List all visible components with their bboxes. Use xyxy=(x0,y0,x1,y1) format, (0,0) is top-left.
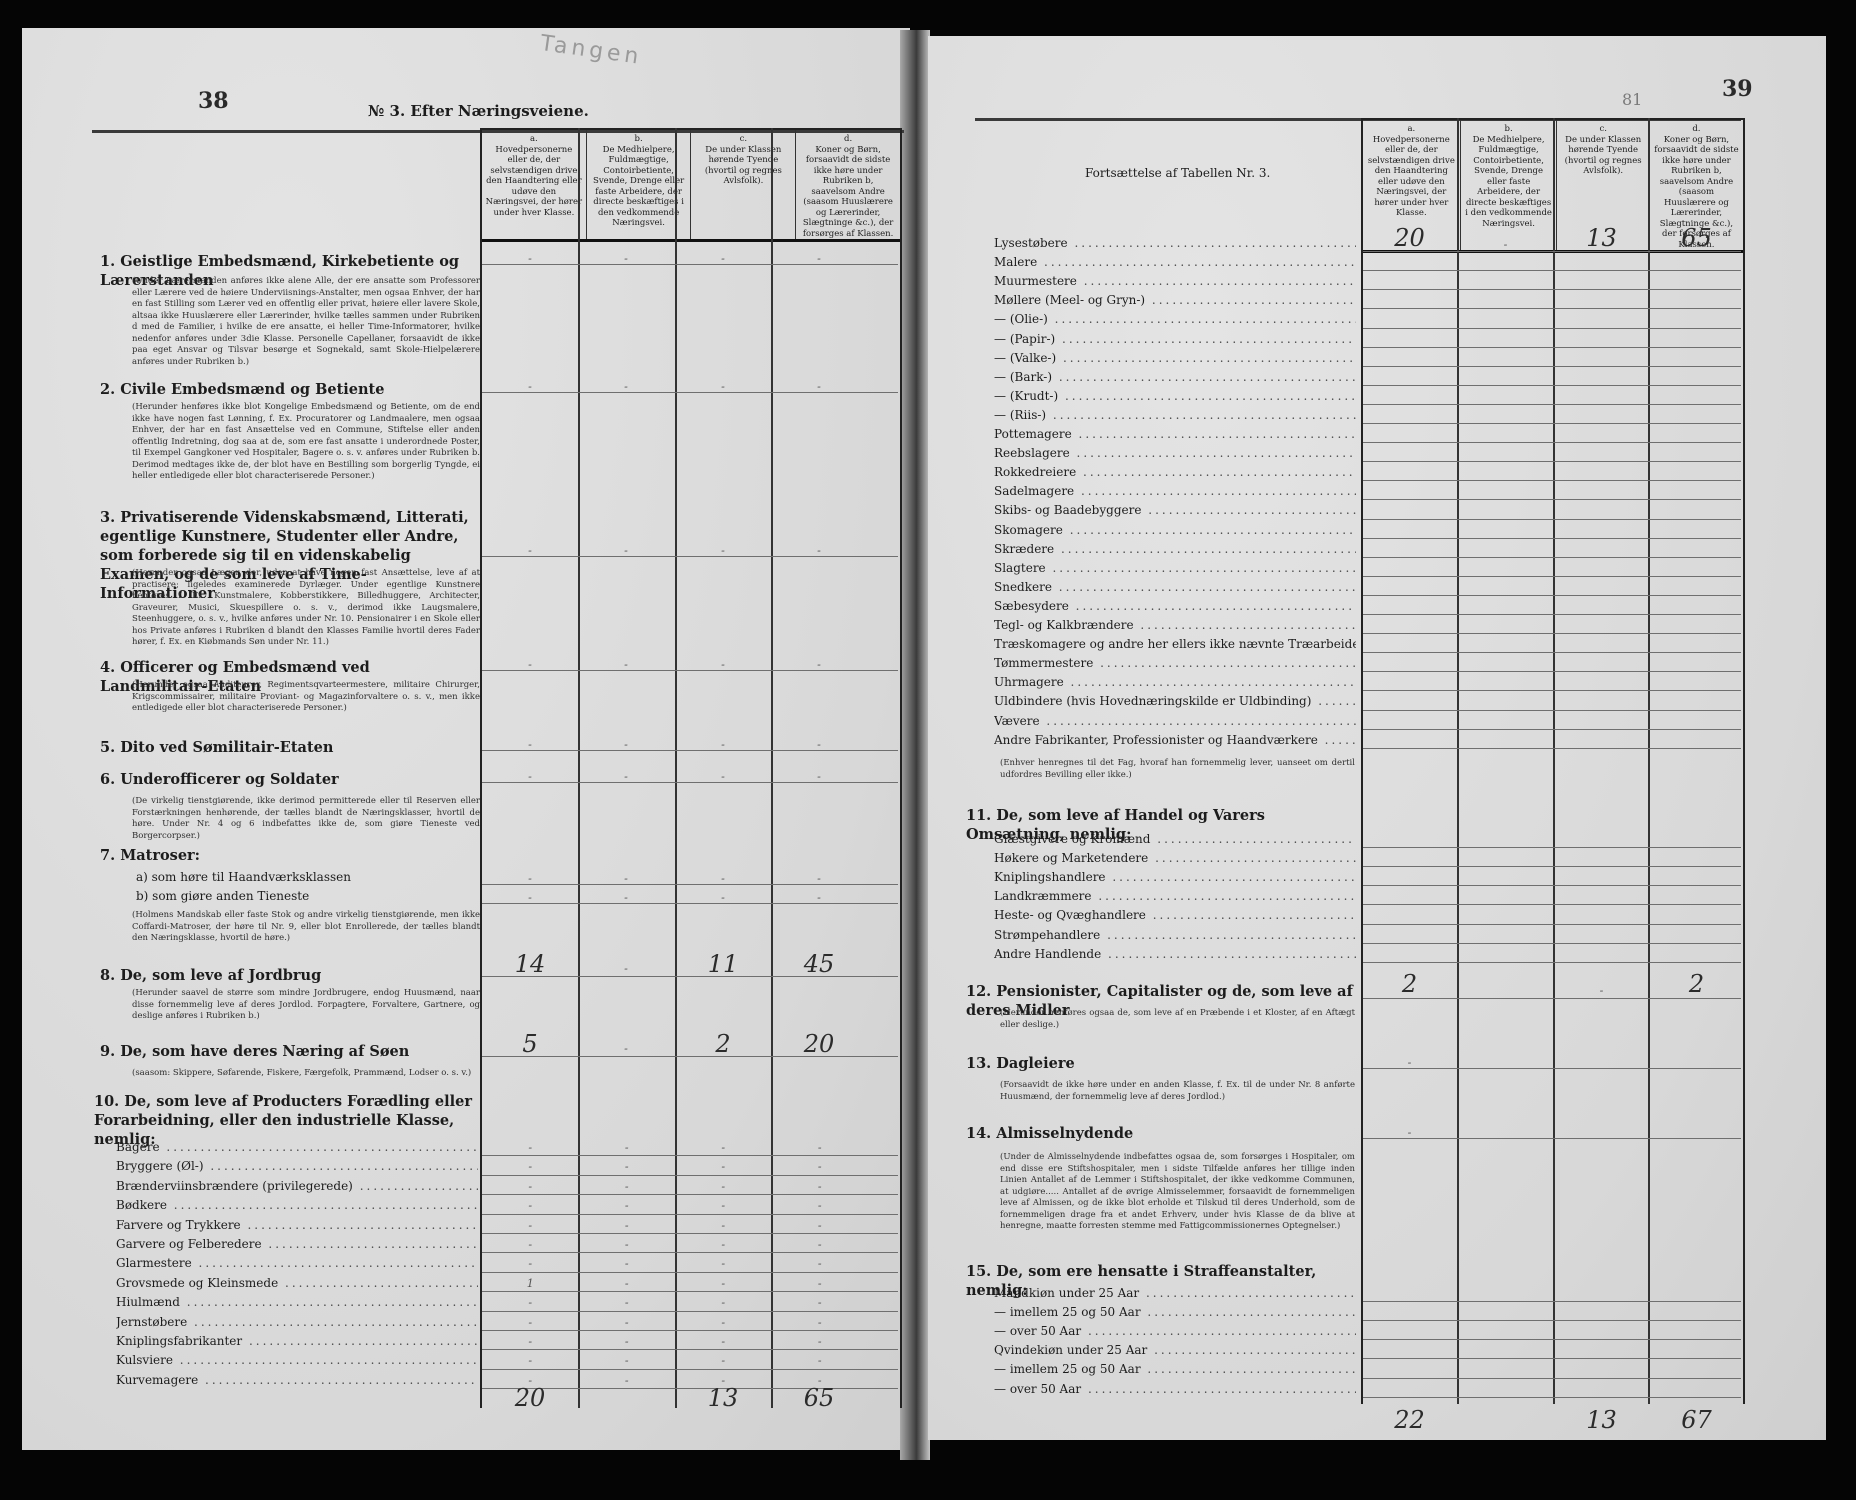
pencil-note-right: 81 xyxy=(1622,90,1642,109)
s6-b: - xyxy=(578,770,674,783)
section-8-note: (Herunder saavel de større som mindre Jo… xyxy=(132,988,480,1023)
row-line xyxy=(482,1175,898,1176)
column-header-left: a.Hovedpersonerne eller de, der selvstæn… xyxy=(480,128,902,242)
row-value-d: - xyxy=(772,1141,869,1154)
row-label: Jernstøbere ............................… xyxy=(116,1315,478,1329)
row-value-b: - xyxy=(579,1374,676,1387)
col-divider xyxy=(578,128,580,1408)
row-line xyxy=(1363,461,1741,462)
row-label: Farvere og Trykkere ....................… xyxy=(116,1218,478,1232)
row-line xyxy=(1363,998,1741,999)
s4-d: - xyxy=(771,658,867,671)
row-label: — imellem 25 og 50 Aar .................… xyxy=(994,1305,1356,1319)
col-divider xyxy=(1553,118,1555,1404)
row-value-d: - xyxy=(772,1257,869,1270)
row-value-c: - xyxy=(675,1296,772,1309)
row-value-d: - xyxy=(772,1296,869,1309)
row-value-b: - xyxy=(579,1335,676,1348)
section-6-title: 6. Underofficerer og Soldater xyxy=(100,770,478,789)
col-divider xyxy=(1457,118,1459,1404)
row-line xyxy=(482,1330,898,1331)
s12-a: 2 xyxy=(1363,970,1456,998)
row-value-c: - xyxy=(675,1199,772,1212)
row-value-b: - xyxy=(579,1160,676,1173)
row-line xyxy=(482,1252,898,1253)
row-label: Pottemagere ............................… xyxy=(994,427,1356,441)
s5-c: - xyxy=(675,738,771,751)
row-line xyxy=(1363,614,1741,615)
s8-c: 11 xyxy=(675,950,771,978)
row-line xyxy=(482,1194,898,1195)
row-label: Bødkere ................................… xyxy=(116,1198,478,1212)
row-label: Brænderviinsbrændere (privilegerede) ...… xyxy=(116,1179,478,1193)
row-line xyxy=(1363,366,1741,367)
row-line xyxy=(1363,710,1741,711)
row-label: Glarmestere ............................… xyxy=(116,1256,478,1270)
total-left-d: 65 xyxy=(771,1384,867,1412)
section-12-note: (Herunder henføres ogsaa de, som leve af… xyxy=(1000,1008,1355,1031)
col-divider xyxy=(1648,118,1650,1404)
row-label: Kurvemagere ............................… xyxy=(116,1373,478,1387)
row-line xyxy=(1363,423,1741,424)
row-label: Slagtere ...............................… xyxy=(994,561,1356,575)
row-value-d: - xyxy=(772,1354,869,1367)
row-line xyxy=(1363,538,1741,539)
row-value-c: - xyxy=(675,1141,772,1154)
row-line xyxy=(1363,847,1741,848)
row-line xyxy=(1363,442,1741,443)
section-5-title: 5. Dito ved Sømilitair-Etaten xyxy=(100,738,478,757)
row-value-a: - xyxy=(482,1180,579,1193)
section-7-item-b: b) som giøre anden Tieneste xyxy=(136,889,309,903)
row-label: Tegl- og Kalkbrændere ..................… xyxy=(994,618,1356,632)
row-label: — (Valke-) .............................… xyxy=(994,351,1356,365)
section-7-title: 7. Matroser: xyxy=(100,846,478,865)
book-binding xyxy=(900,30,930,1460)
row-line xyxy=(1363,924,1741,925)
s9-c: 2 xyxy=(675,1030,771,1058)
s4-b: - xyxy=(578,658,674,671)
row-line xyxy=(1363,404,1741,405)
row-line xyxy=(1363,690,1741,691)
row-line xyxy=(1363,748,1741,749)
total-left-c: 13 xyxy=(675,1384,771,1412)
row-line xyxy=(482,1272,898,1273)
s7b-d: - xyxy=(771,891,867,904)
s5-a: - xyxy=(482,738,578,751)
s1-b: - xyxy=(578,252,674,265)
row-label: Heste- og Qvæghandlere .................… xyxy=(994,908,1356,922)
col-divider xyxy=(771,128,773,1408)
row-line xyxy=(482,1214,898,1215)
carried-b: - xyxy=(1459,238,1552,251)
row-value-d: - xyxy=(772,1316,869,1329)
row-label: Qvindekiøn under 25 Aar ................… xyxy=(994,1343,1356,1357)
row-label: Garvere og Felberedere .................… xyxy=(116,1237,478,1251)
row-value-c: - xyxy=(675,1335,772,1348)
row-value-a: 1 xyxy=(482,1277,579,1290)
row-value-a: - xyxy=(482,1354,579,1367)
s7a-b: - xyxy=(578,872,674,885)
row-label: Mandkiøn under 25 Aar ..................… xyxy=(994,1286,1356,1300)
s1-c: - xyxy=(675,252,771,265)
s5-d: - xyxy=(771,738,867,751)
s7a-c: - xyxy=(675,872,771,885)
row-line xyxy=(482,1311,898,1312)
row-value-b: - xyxy=(579,1277,676,1290)
s6-d: - xyxy=(771,770,867,783)
row-value-c: - xyxy=(675,1160,772,1173)
row-line xyxy=(1363,1320,1741,1321)
row-value-c: - xyxy=(675,1257,772,1270)
row-line xyxy=(1363,519,1741,520)
row-line xyxy=(1363,962,1741,963)
total-right-a: 22 xyxy=(1363,1406,1456,1434)
row-line xyxy=(1363,1358,1741,1359)
page-number-left: 38 xyxy=(198,88,229,114)
s3-c: - xyxy=(675,544,771,557)
row-line xyxy=(1363,885,1741,886)
s6-a: - xyxy=(482,770,578,783)
page-title-left: № 3. Efter Næringsveiene. xyxy=(368,102,589,120)
row-value-a: - xyxy=(482,1141,579,1154)
section-9-note: (saasom: Skippere, Søfarende, Fiskere, F… xyxy=(132,1068,480,1080)
s13-a: - xyxy=(1363,1056,1456,1069)
row-line xyxy=(1363,308,1741,309)
row-line xyxy=(482,1233,898,1234)
section-3-note: (Herunder ogsaa Læger, der, uden at have… xyxy=(132,568,480,649)
page-title-right: Fortsættelse af Tabellen Nr. 3. xyxy=(1085,166,1270,180)
row-value-a: - xyxy=(482,1257,579,1270)
row-value-c: - xyxy=(675,1277,772,1290)
section-7-note: (Holmens Mandskab eller faste Stok og an… xyxy=(132,910,480,945)
row-label: Skibs- og Baadebyggere .................… xyxy=(994,503,1356,517)
row-line xyxy=(1363,943,1741,944)
carried-d: 65 xyxy=(1650,224,1743,252)
row-line xyxy=(1363,499,1741,500)
s2-d: - xyxy=(771,380,867,393)
row-value-a: - xyxy=(482,1238,579,1251)
row-label: Møllere (Meel- og Gryn-) ...............… xyxy=(994,293,1356,307)
row-label: Sæbesydere .............................… xyxy=(994,599,1356,613)
row-value-a: - xyxy=(482,1199,579,1212)
section-13-note: (Forsaavidt de ikke høre under en anden … xyxy=(1000,1080,1355,1103)
section-4-note: (Herunder ogsaa Auditeurer, Regimentsqva… xyxy=(132,680,480,715)
row-line xyxy=(1363,904,1741,905)
row-line xyxy=(1363,1339,1741,1340)
row-value-a: - xyxy=(482,1316,579,1329)
section-10-note: (Enhver henregnes til det Fag, hvoraf ha… xyxy=(1000,758,1355,781)
row-value-b: - xyxy=(579,1219,676,1232)
s4-c: - xyxy=(675,658,771,671)
row-value-c: - xyxy=(675,1238,772,1251)
row-value-a: - xyxy=(482,1335,579,1348)
carried-c: 13 xyxy=(1555,224,1648,252)
s3-a: - xyxy=(482,544,578,557)
row-line xyxy=(1363,328,1741,329)
s12-c: - xyxy=(1555,984,1648,997)
section-8-title: 8. De, som leve af Jordbrug xyxy=(100,966,478,985)
row-label: — over 50 Aar ..........................… xyxy=(994,1324,1356,1338)
row-value-d: - xyxy=(772,1277,869,1290)
col-c-header: c.De under Klassen hørende Tyende (hvort… xyxy=(691,129,796,241)
s2-b: - xyxy=(578,380,674,393)
row-line xyxy=(1363,1301,1741,1302)
row-value-b: - xyxy=(579,1180,676,1193)
s5-b: - xyxy=(578,738,674,751)
s9-b: - xyxy=(578,1042,674,1055)
row-label: Malere .................................… xyxy=(994,255,1356,269)
row-label: Lysestøbere ............................… xyxy=(994,236,1356,250)
s7b-c: - xyxy=(675,891,771,904)
section-14-note: (Under de Almisselnydende indbefattes og… xyxy=(1000,1152,1355,1233)
row-label: Tømmermestere ..........................… xyxy=(994,656,1356,670)
section-9-title: 9. De, som have deres Næring af Søen xyxy=(100,1042,478,1061)
row-label: Kniplingsfabrikanter ...................… xyxy=(116,1334,478,1348)
row-line xyxy=(1363,557,1741,558)
row-value-b: - xyxy=(579,1199,676,1212)
row-line xyxy=(1363,671,1741,672)
row-line xyxy=(1363,289,1741,290)
s9-a: 5 xyxy=(482,1030,578,1058)
row-line xyxy=(1363,633,1741,634)
row-label: — (Olie-) ..............................… xyxy=(994,312,1356,326)
s12-d: 2 xyxy=(1650,970,1743,998)
row-label: — (Riis-) ..............................… xyxy=(994,408,1356,422)
row-label: Andre Fabrikanter, Professionister og Ha… xyxy=(994,733,1356,747)
section-7-item-a: a) som høre til Haandværksklassen xyxy=(136,870,351,884)
row-label: Vævere .................................… xyxy=(994,714,1356,728)
s3-b: - xyxy=(578,544,674,557)
row-label: Kniplingshandlere ......................… xyxy=(994,870,1356,884)
row-value-d: - xyxy=(772,1335,869,1348)
row-value-b: - xyxy=(579,1257,676,1270)
section-2-note: (Herunder henføres ikke blot Kongelige E… xyxy=(132,402,480,483)
row-value-d: - xyxy=(772,1160,869,1173)
row-label: Hiulmænd ...............................… xyxy=(116,1295,478,1309)
row-label: Strømpehandlere ........................… xyxy=(994,928,1356,942)
row-value-b: - xyxy=(579,1354,676,1367)
row-label: Sadelmagere ............................… xyxy=(994,484,1356,498)
s4-a: - xyxy=(482,658,578,671)
section-6-note: (De virkelig tienstgiørende, ikke derimo… xyxy=(132,796,480,842)
row-label: Rokkedreiere ...........................… xyxy=(994,465,1356,479)
row-value-d: - xyxy=(772,1219,869,1232)
carried-a: 20 xyxy=(1363,224,1456,252)
row-label: Træskomagere og andre her ellers ikke næ… xyxy=(994,637,1356,651)
section-14-title: 14. Almisselnydende xyxy=(966,1124,1356,1143)
row-label: Uhrmagere ..............................… xyxy=(994,675,1356,689)
row-value-a: - xyxy=(482,1160,579,1173)
s1-d: - xyxy=(771,252,867,265)
row-line xyxy=(1363,1397,1741,1398)
row-line xyxy=(482,1349,898,1350)
row-label: — (Krudt-) .............................… xyxy=(994,389,1356,403)
total-right-c: 13 xyxy=(1555,1406,1648,1434)
row-label: Skomagere ..............................… xyxy=(994,523,1356,537)
row-label: Uldbindere (hvis Hovednæringskilde er Ul… xyxy=(994,694,1356,708)
row-label: Bryggere (Øl-) .........................… xyxy=(116,1159,478,1173)
row-line xyxy=(1363,866,1741,867)
row-line xyxy=(1363,347,1741,348)
s7b-b: - xyxy=(578,891,674,904)
row-value-d: - xyxy=(772,1199,869,1212)
s2-c: - xyxy=(675,380,771,393)
row-line xyxy=(482,1155,898,1156)
row-value-c: - xyxy=(675,1354,772,1367)
col-d-header: d.Koner og Børn, forsaavidt de sidste ik… xyxy=(796,129,901,241)
row-line xyxy=(1363,729,1741,730)
row-label: Grovsmede og Kleinsmede ................… xyxy=(116,1276,478,1290)
row-label: Skrædere ...............................… xyxy=(994,542,1356,556)
row-line xyxy=(1363,595,1741,596)
s7a-a: - xyxy=(482,872,578,885)
row-value-c: - xyxy=(675,1316,772,1329)
total-right-d: 67 xyxy=(1650,1406,1743,1434)
row-value-b: - xyxy=(579,1238,676,1251)
row-label: Kulsviere ..............................… xyxy=(116,1353,478,1367)
s7b-a: - xyxy=(482,891,578,904)
row-label: Andre Handlende ........................… xyxy=(994,947,1356,961)
page-number-right: 39 xyxy=(1722,76,1753,102)
row-value-b: - xyxy=(579,1296,676,1309)
row-line xyxy=(1363,385,1741,386)
total-left-a: 20 xyxy=(482,1384,578,1412)
section-2-title: 2. Civile Embedsmænd og Betiente xyxy=(100,380,478,399)
section-13-title: 13. Dagleiere xyxy=(966,1054,1356,1073)
row-label: Reebslagere ............................… xyxy=(994,446,1356,460)
row-line xyxy=(482,1369,898,1370)
s2-a: - xyxy=(482,380,578,393)
row-label: Snedkere ...............................… xyxy=(994,580,1356,594)
row-value-b: - xyxy=(579,1316,676,1329)
row-label: Bagere .................................… xyxy=(116,1140,478,1154)
row-value-d: - xyxy=(772,1238,869,1251)
row-label: — (Bark-) ..............................… xyxy=(994,370,1356,384)
row-line xyxy=(1363,576,1741,577)
s1-a: - xyxy=(482,252,578,265)
row-label: Landkræmmere ...........................… xyxy=(994,889,1356,903)
col-divider xyxy=(675,128,677,1408)
s14-a: - xyxy=(1363,1126,1456,1139)
row-value-a: - xyxy=(482,1219,579,1232)
row-line xyxy=(1363,1378,1741,1379)
row-label: — (Papir-) .............................… xyxy=(994,332,1356,346)
row-label: Giæstgivere og Kromænd .................… xyxy=(994,832,1356,846)
row-value-c: - xyxy=(675,1180,772,1193)
s8-b: - xyxy=(578,962,674,975)
row-line xyxy=(1363,652,1741,653)
row-line xyxy=(1363,480,1741,481)
row-value-d: - xyxy=(772,1180,869,1193)
row-label: Høkere og Marketendere .................… xyxy=(994,851,1356,865)
row-label: Muurmestere ............................… xyxy=(994,274,1356,288)
row-line xyxy=(1363,270,1741,271)
s6-c: - xyxy=(675,770,771,783)
s3-d: - xyxy=(771,544,867,557)
section-1-note: (Under Lærerstanden anføres ikke alene A… xyxy=(132,276,480,368)
row-line xyxy=(482,1291,898,1292)
row-value-b: - xyxy=(579,1141,676,1154)
s9-d: 20 xyxy=(771,1030,867,1058)
row-label: — over 50 Aar ..........................… xyxy=(994,1382,1356,1396)
row-value-a: - xyxy=(482,1296,579,1309)
col-a-header: a.Hovedpersonerne eller de, der selvstæn… xyxy=(481,129,586,241)
s8-d: 45 xyxy=(771,950,867,978)
row-label: — imellem 25 og 50 Aar .................… xyxy=(994,1362,1356,1376)
row-line xyxy=(1363,251,1741,252)
row-value-c: - xyxy=(675,1219,772,1232)
s8-a: 14 xyxy=(482,950,578,978)
s7a-d: - xyxy=(771,872,867,885)
